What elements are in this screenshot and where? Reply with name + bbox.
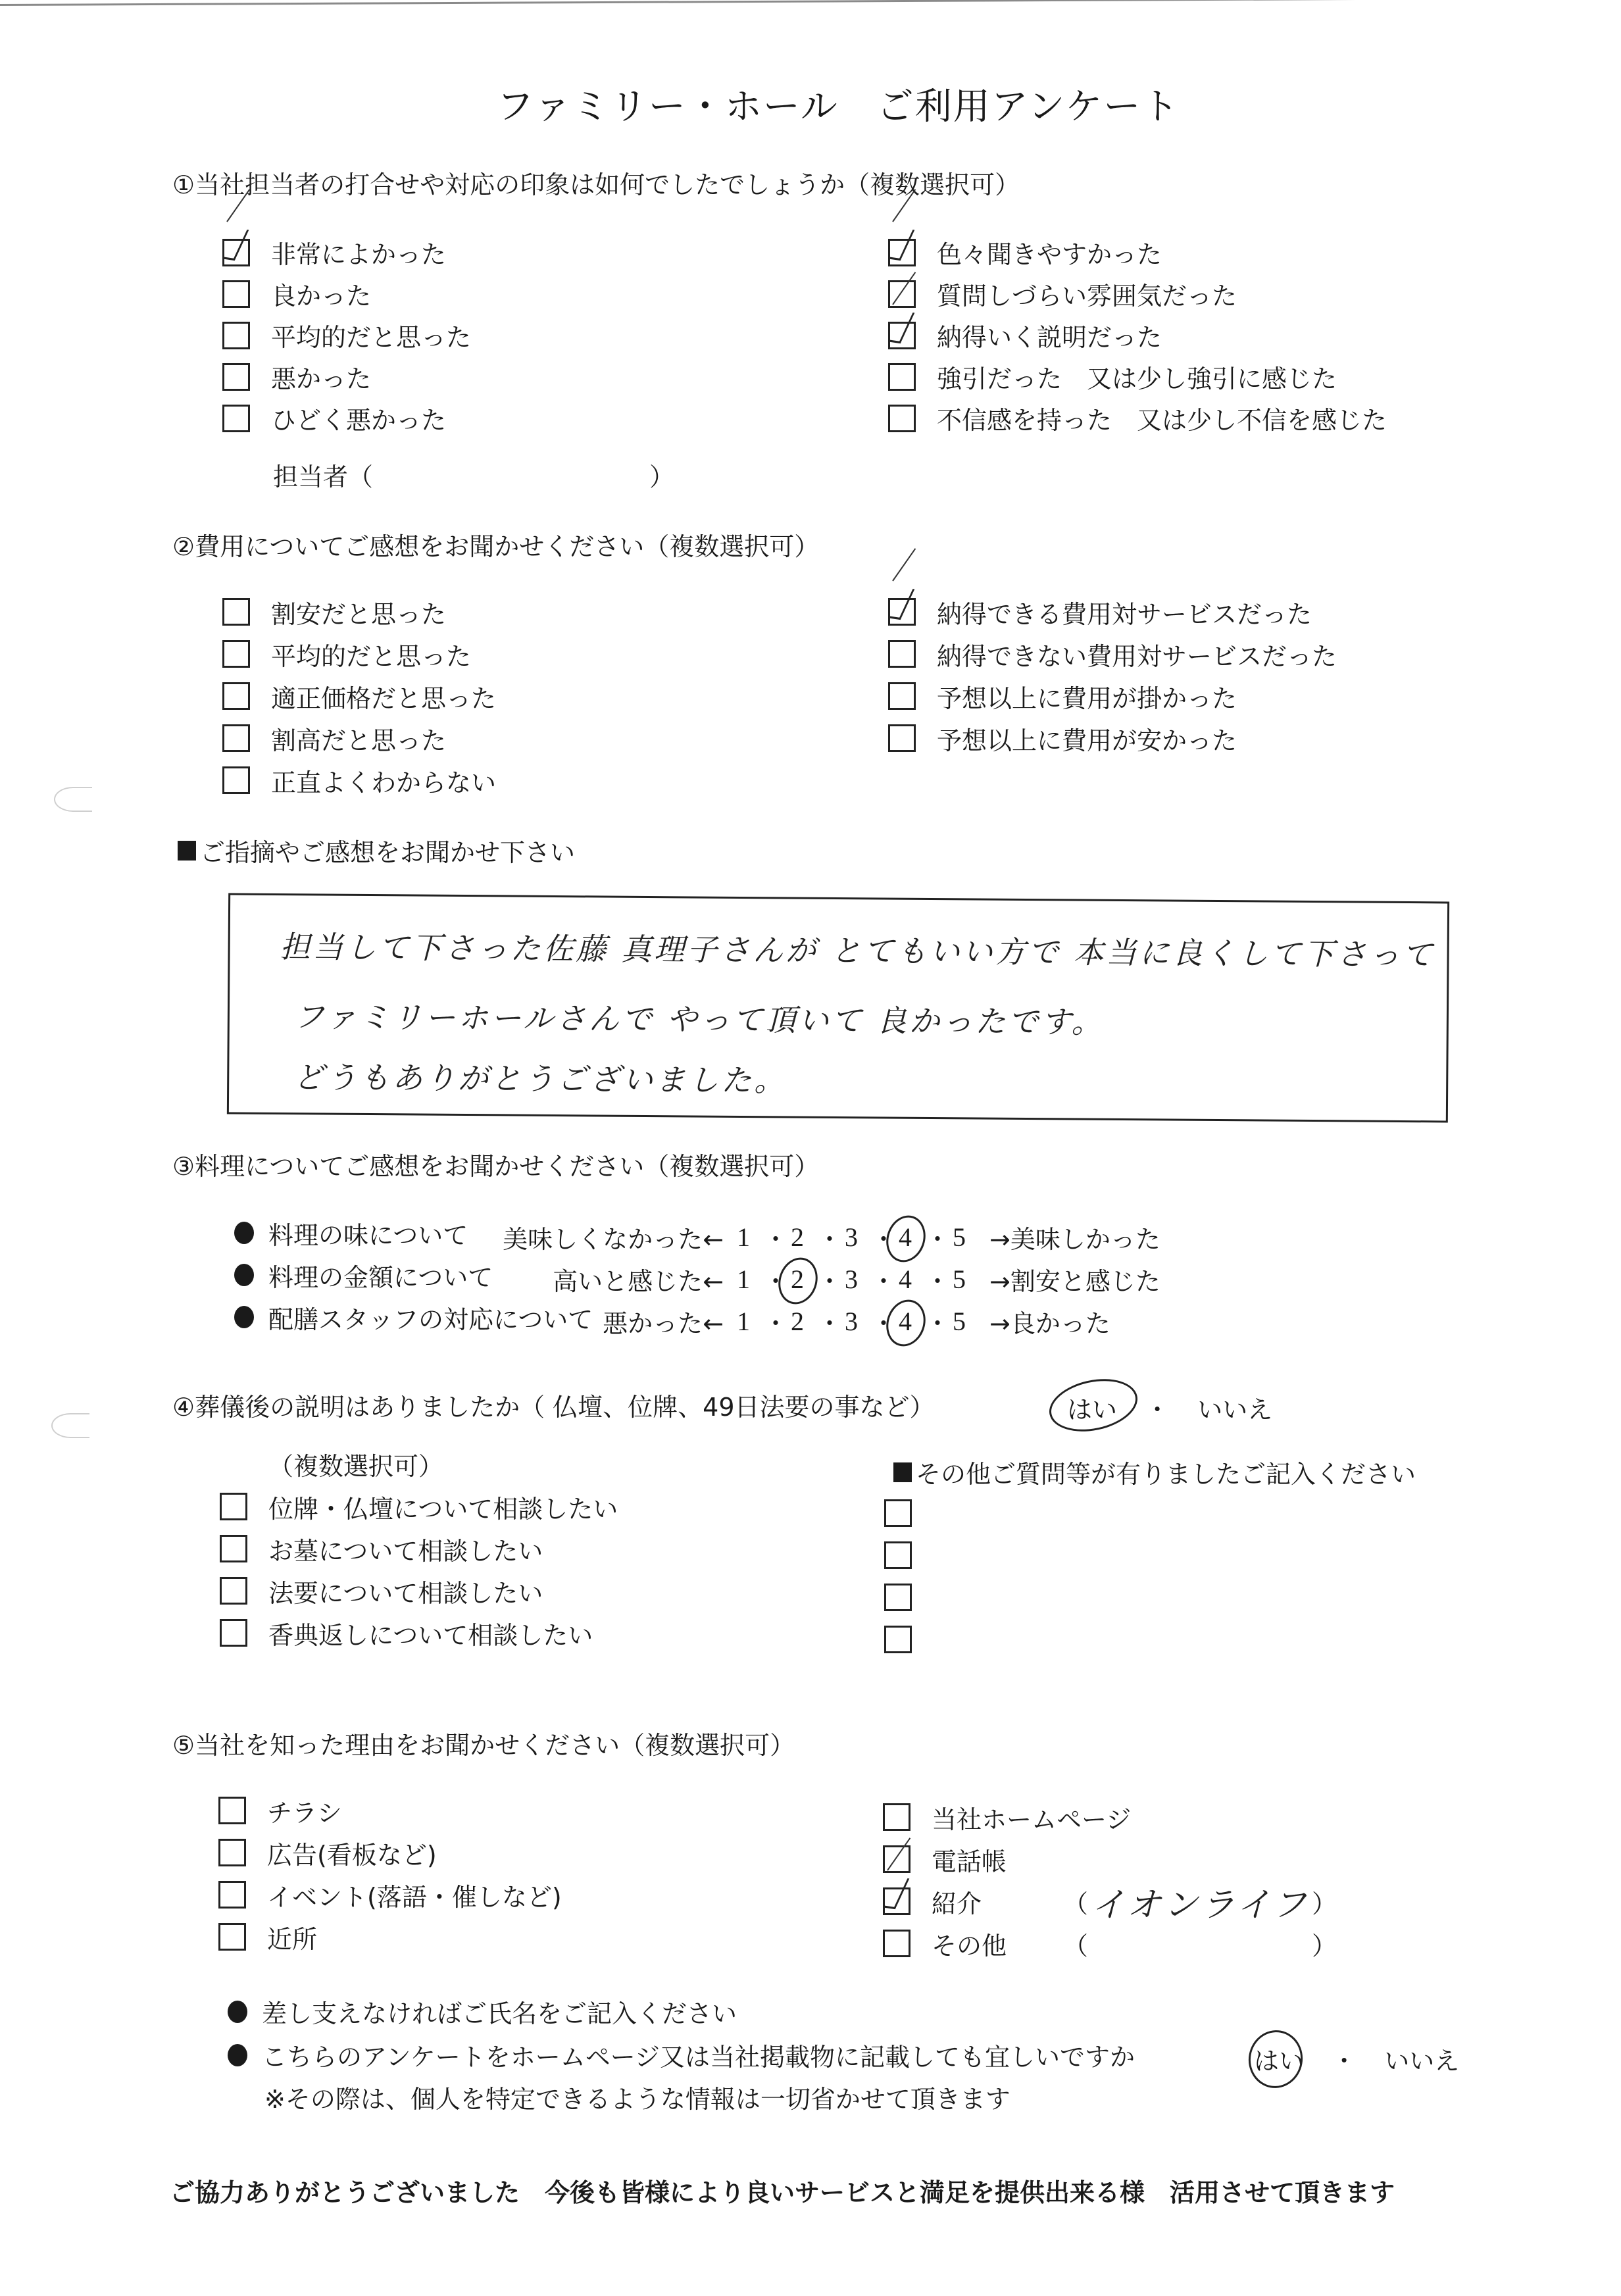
square-bullet-icon bbox=[893, 1462, 912, 1482]
other-questions-options bbox=[884, 1492, 933, 1660]
answer-yes-circled[interactable]: はい bbox=[1067, 1389, 1117, 1426]
footer-thanks: ご協力ありがとうございました 今後も皆様により良いサービスと満足を提供出来る様 … bbox=[170, 2172, 1395, 2209]
q5-option[interactable]: イベント(落語・催しなど) bbox=[218, 1874, 562, 1916]
checkbox[interactable] bbox=[222, 640, 250, 668]
q2-option[interactable]: 割安だと思った bbox=[222, 591, 496, 633]
q1-right-options: 色々聞きやすかった 質問しづらい雰囲気だった 納得いく説明だった 強引だった 又… bbox=[888, 232, 1387, 439]
checkbox[interactable] bbox=[222, 724, 250, 752]
q1-option[interactable]: 色々聞きやすかった bbox=[888, 232, 1387, 273]
punch-hole-mark bbox=[51, 1413, 89, 1438]
selected-rating[interactable]: 4 bbox=[885, 1222, 925, 1253]
comment-line: 担当して下さった佐藤 真理子さんが とてもいい方で 本当に良くして下さって bbox=[280, 923, 1435, 974]
q5-option[interactable]: 当社ホームページ bbox=[883, 1796, 1337, 1838]
checkbox[interactable] bbox=[222, 598, 250, 626]
checkbox[interactable] bbox=[220, 1619, 247, 1647]
checkbox[interactable] bbox=[888, 682, 916, 710]
q1-option[interactable]: 平均的だと思った bbox=[222, 314, 471, 356]
comment-line: ファミリーホールさんで やって頂いて 良かったです。 bbox=[294, 993, 1105, 1042]
selected-rating[interactable]: 4 bbox=[885, 1306, 925, 1337]
q5-option[interactable]: 広告(看板など) bbox=[218, 1832, 562, 1874]
other-option[interactable] bbox=[884, 1534, 933, 1576]
q1-option[interactable]: 良かった bbox=[222, 273, 471, 314]
q1-option[interactable]: 強引だった 又は少し強引に感じた bbox=[888, 356, 1387, 397]
checkbox[interactable] bbox=[884, 1626, 912, 1653]
other-option[interactable] bbox=[884, 1618, 933, 1660]
q2-option[interactable]: 平均的だと思った bbox=[222, 633, 496, 675]
checkbox[interactable] bbox=[222, 280, 250, 308]
checkbox[interactable] bbox=[884, 1541, 912, 1569]
checkbox[interactable] bbox=[218, 1797, 246, 1824]
q1-option[interactable]: 非常によかった bbox=[222, 232, 471, 273]
bullet-icon bbox=[228, 2001, 247, 2023]
checkbox[interactable] bbox=[220, 1493, 247, 1520]
page-title: ファミリー・ホール ご利用アンケート bbox=[497, 78, 1180, 130]
q2-option[interactable]: 正直よくわからない bbox=[222, 759, 496, 801]
q4-option[interactable]: お墓について相談したい bbox=[220, 1528, 618, 1570]
bullet-icon bbox=[234, 1222, 254, 1244]
checkbox[interactable] bbox=[218, 1881, 246, 1909]
q5-right-options: 当社ホームページ 電話帳 紹介（イオンライフ） その他（） bbox=[883, 1796, 1337, 1964]
answer-yes-circled[interactable]: はい bbox=[1254, 2041, 1304, 2077]
checkbox-checked[interactable] bbox=[883, 1887, 910, 1915]
checkbox[interactable] bbox=[222, 322, 250, 349]
other-option[interactable] bbox=[884, 1576, 933, 1618]
checkbox-checked[interactable] bbox=[222, 239, 250, 266]
checkbox[interactable] bbox=[222, 405, 250, 432]
q1-option[interactable]: 質問しづらい雰囲気だった bbox=[888, 273, 1387, 314]
checkbox[interactable] bbox=[884, 1499, 912, 1527]
q1-heading: ①当社担当者の打合せや対応の印象は如何でしたでしょうか（複数選択可） bbox=[172, 164, 1020, 201]
q5-option-referral[interactable]: 紹介（イオンライフ） bbox=[883, 1880, 1337, 1922]
staff-field-label: 担当者（） bbox=[273, 457, 674, 493]
q2-right-options: 納得できる費用対サービスだった 納得できない費用対サービスだった 予想以上に費用… bbox=[888, 591, 1337, 759]
checkbox[interactable] bbox=[888, 724, 916, 752]
checkbox[interactable] bbox=[218, 1839, 246, 1866]
q2-option[interactable]: 納得できる費用対サービスだった bbox=[888, 591, 1337, 633]
checkbox[interactable] bbox=[222, 363, 250, 391]
q4-option[interactable]: 香典返しについて相談したい bbox=[220, 1612, 618, 1654]
rating-scale-staff[interactable]: 悪かった← 1・ 2・ 3・ 4・ 5 →良かった bbox=[441, 1300, 1160, 1342]
checkbox[interactable] bbox=[222, 682, 250, 710]
scan-edge-line bbox=[0, 0, 1621, 6]
checkbox-checked[interactable] bbox=[888, 598, 916, 626]
referral-detail-input[interactable]: イオンライフ bbox=[1088, 1877, 1312, 1926]
q2-option[interactable]: 予想以上に費用が掛かった bbox=[888, 675, 1337, 717]
publish-yes-no[interactable]: はい ・ いいえ bbox=[1254, 2041, 1459, 2077]
bullet-icon bbox=[228, 2044, 247, 2066]
q5-heading: ⑤当社を知った理由をお聞かせください（複数選択可） bbox=[172, 1725, 795, 1761]
q5-option[interactable]: 近所 bbox=[218, 1916, 562, 1958]
q5-option[interactable]: チラシ bbox=[218, 1789, 562, 1832]
checkbox[interactable] bbox=[218, 1923, 246, 1951]
checkbox[interactable] bbox=[222, 766, 250, 794]
checkbox[interactable] bbox=[220, 1577, 247, 1605]
q1-option[interactable]: 不信感を持った 又は少し不信を感じた bbox=[888, 397, 1387, 439]
answer-no[interactable]: いいえ bbox=[1384, 2047, 1459, 2076]
comment-line: どうもありがとうございました。 bbox=[293, 1053, 787, 1100]
q4-yes-no[interactable]: はい ・ いいえ bbox=[1067, 1389, 1272, 1426]
rating-scale-taste[interactable]: 美味しくなかった← 1・ 2・ 3・ 4・ 5 →美味しかった bbox=[441, 1216, 1160, 1258]
checkbox[interactable] bbox=[883, 1930, 910, 1957]
q2-option[interactable]: 予想以上に費用が安かった bbox=[888, 717, 1337, 759]
answer-no[interactable]: いいえ bbox=[1197, 1395, 1272, 1424]
q4-multi-note: （複数選択可） bbox=[268, 1446, 443, 1482]
comment-textarea[interactable]: 担当して下さった佐藤 真理子さんが とてもいい方で 本当に良くして下さって ファ… bbox=[227, 893, 1449, 1123]
q5-option[interactable]: 電話帳 bbox=[883, 1838, 1337, 1880]
q4-option[interactable]: 位牌・仏壇について相談したい bbox=[220, 1485, 618, 1528]
q5-option-other[interactable]: その他（） bbox=[883, 1922, 1337, 1964]
checkbox[interactable] bbox=[888, 363, 916, 391]
bullet-icon bbox=[234, 1264, 254, 1286]
comments-heading: ご指摘やご感想をお聞かせ下さい bbox=[178, 832, 575, 868]
checkbox[interactable] bbox=[220, 1535, 247, 1562]
checkbox[interactable] bbox=[888, 640, 916, 668]
q4-heading: ④葬儀後の説明はありましたか（ 仏壇、位牌、49日法要の事など） bbox=[172, 1387, 935, 1423]
q1-left-options: 非常によかった 良かった 平均的だと思った 悪かった ひどく悪かった bbox=[222, 232, 471, 439]
bullet-icon bbox=[234, 1306, 254, 1328]
selected-rating[interactable]: 2 bbox=[778, 1264, 817, 1295]
rating-scale-price[interactable]: 高いと感じた← 1・ 2・ 3・ 4・ 5 →割安と感じた bbox=[441, 1258, 1160, 1300]
q2-heading: ②費用についてご感想をお聞かせください（複数選択可） bbox=[172, 526, 819, 562]
publish-prompt: こちらのアンケートをホームページ又は当社掲載物に記載しても宜しいですか bbox=[228, 2037, 1135, 2073]
checkbox[interactable] bbox=[884, 1584, 912, 1611]
name-prompt: 差し支えなければご氏名をご記入ください bbox=[228, 1993, 737, 2030]
q1-option[interactable]: ひどく悪かった bbox=[222, 397, 471, 439]
checkbox[interactable] bbox=[883, 1803, 910, 1831]
q4-options: 位牌・仏壇について相談したい お墓について相談したい 法要について相談したい 香… bbox=[220, 1485, 618, 1654]
square-bullet-icon bbox=[178, 841, 196, 861]
q2-option[interactable]: 適正価格だと思った bbox=[222, 675, 496, 717]
privacy-note: ※その際は、個人を特定できるような情報は一切省かせて頂きます bbox=[264, 2079, 1010, 2115]
q3-heading: ③料理についてご感想をお聞かせください（複数選択可） bbox=[172, 1146, 819, 1182]
other-option[interactable] bbox=[884, 1492, 933, 1534]
q1-option[interactable]: 悪かった bbox=[222, 356, 471, 397]
checkbox-checked[interactable] bbox=[888, 239, 916, 266]
q2-option[interactable]: 納得できない費用対サービスだった bbox=[888, 633, 1337, 675]
checkbox[interactable] bbox=[888, 405, 916, 432]
q1-option[interactable]: 納得いく説明だった bbox=[888, 314, 1387, 356]
q2-option[interactable]: 割高だと思った bbox=[222, 717, 496, 759]
q3-scales: 美味しくなかった← 1・ 2・ 3・ 4・ 5 →美味しかった 高いと感じた← … bbox=[441, 1216, 1160, 1342]
q5-left-options: チラシ 広告(看板など) イベント(落語・催しなど) 近所 bbox=[218, 1789, 562, 1958]
punch-hole-mark bbox=[54, 787, 92, 812]
q4-option[interactable]: 法要について相談したい bbox=[220, 1570, 618, 1612]
q2-left-options: 割安だと思った 平均的だと思った 適正価格だと思った 割高だと思った 正直よくわ… bbox=[222, 591, 496, 801]
checkbox-checked[interactable] bbox=[888, 322, 916, 349]
other-questions-heading: その他ご質問等が有りましたご記入ください bbox=[893, 1454, 1416, 1490]
